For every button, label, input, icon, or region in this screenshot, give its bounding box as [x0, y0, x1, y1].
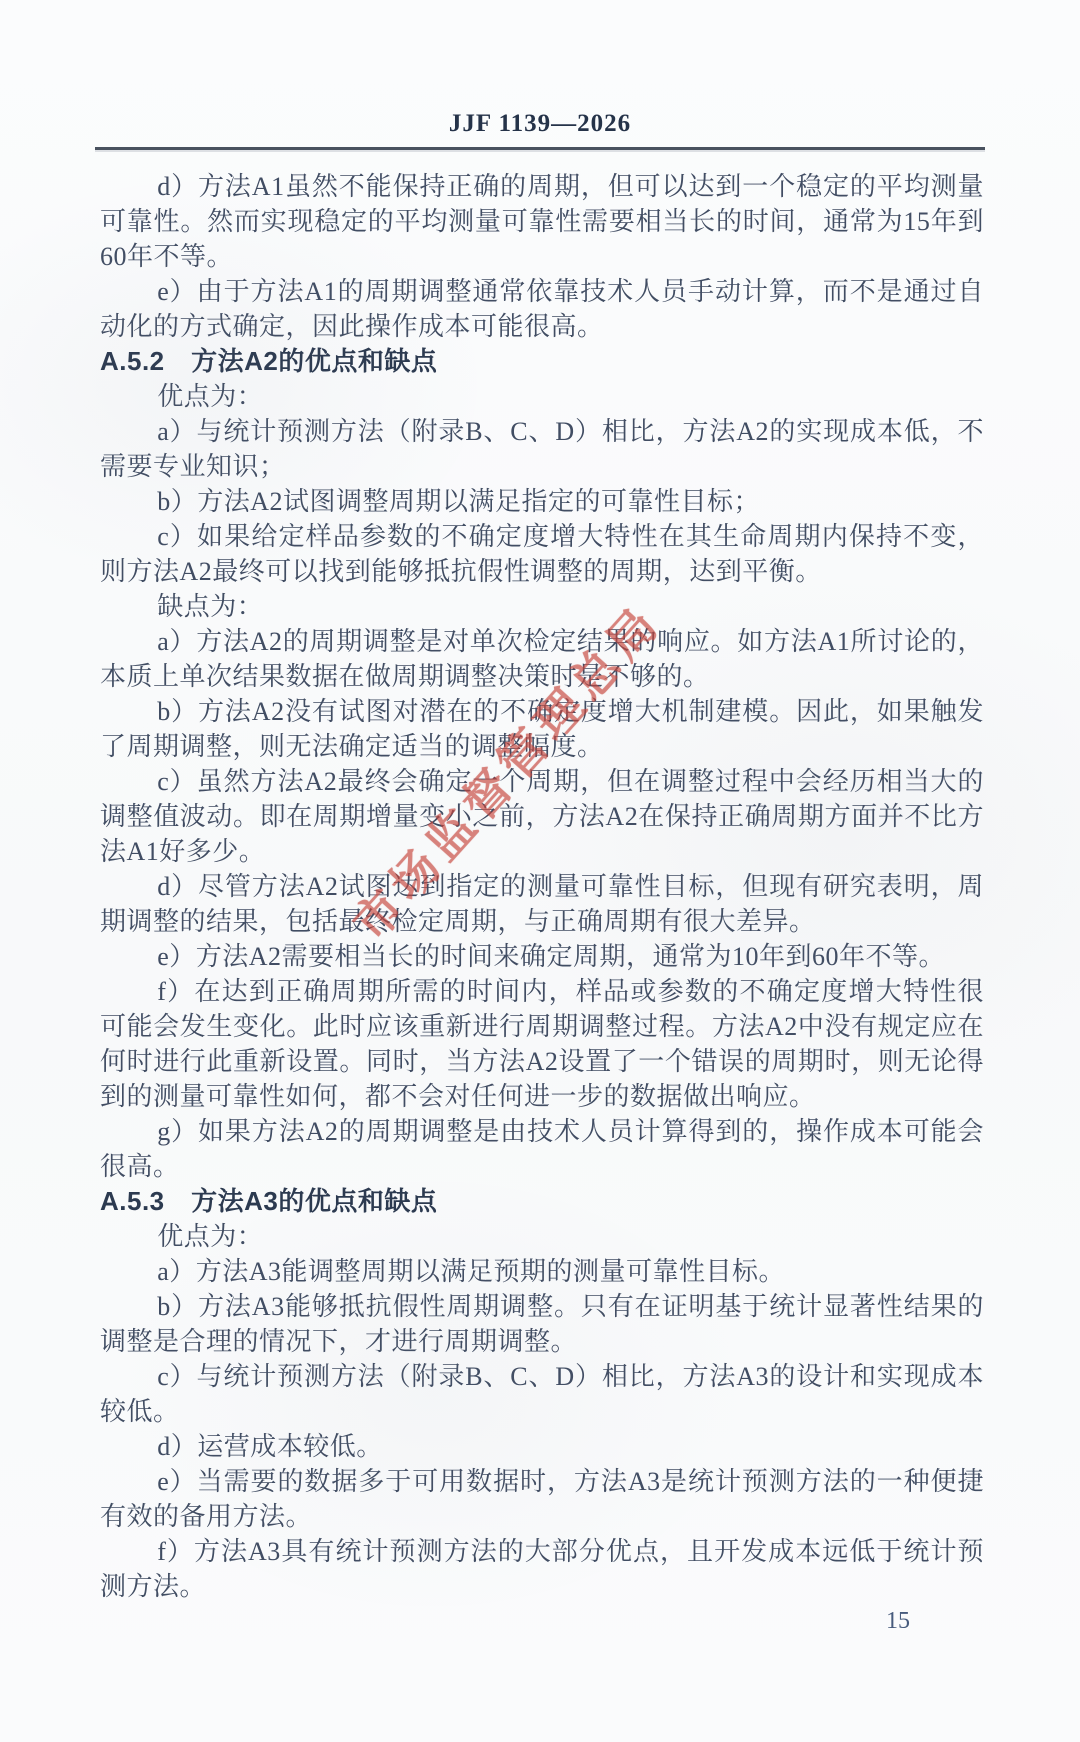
document-page: JJF 1139—2026 d）方法A1虽然不能保持正确的周期，但可以达到一个稳… [0, 0, 1080, 1742]
body-paragraph: f）方法A3具有统计预测方法的大部分优点，且开发成本远低于统计预测方法。 [100, 1534, 984, 1604]
body-paragraph: c）如果给定样品参数的不确定度增大特性在其生命周期内保持不变，则方法A2最终可以… [100, 519, 984, 589]
body-paragraph: c）与统计预测方法（附录B、C、D）相比，方法A3的设计和实现成本较低。 [100, 1359, 984, 1429]
body-paragraph: g）如果方法A2的周期调整是由技术人员计算得到的，操作成本可能会很高。 [100, 1114, 984, 1184]
page-number: 15 [0, 1608, 910, 1635]
section-heading-a52: A.5.2 方法A2的优点和缺点 [100, 344, 984, 379]
body-paragraph: d）方法A1虽然不能保持正确的周期，但可以达到一个稳定的平均测量可靠性。然而实现… [100, 169, 984, 274]
body-paragraph: a）方法A2的周期调整是对单次检定结果的响应。如方法A1所讨论的，本质上单次结果… [100, 624, 984, 694]
body-paragraph: c）虽然方法A2最终会确定一个周期，但在调整过程中会经历相当大的调整值波动。即在… [100, 764, 984, 869]
body-paragraph: e）方法A2需要相当长的时间来确定周期，通常为10年到60年不等。 [100, 939, 984, 974]
document-body: d）方法A1虽然不能保持正确的周期，但可以达到一个稳定的平均测量可靠性。然而实现… [100, 169, 984, 1604]
body-paragraph: f）在达到正确周期所需的时间内，样品或参数的不确定度增大特性很可能会发生变化。此… [100, 974, 984, 1114]
body-paragraph: a）方法A3能调整周期以满足预期的测量可靠性目标。 [100, 1254, 984, 1289]
body-paragraph: a）与统计预测方法（附录B、C、D）相比，方法A2的实现成本低，不需要专业知识； [100, 414, 984, 484]
advantages-label: 优点为： [100, 1219, 984, 1254]
doc-number: JJF 1139—2026 [0, 110, 1080, 138]
body-paragraph: e）当需要的数据多于可用数据时，方法A3是统计预测方法的一种便捷有效的备用方法。 [100, 1464, 984, 1534]
body-paragraph: b）方法A3能够抵抗假性周期调整。只有在证明基于统计显著性结果的调整是合理的情况… [100, 1289, 984, 1359]
header-rule [95, 147, 985, 150]
body-paragraph: d）运营成本较低。 [100, 1429, 984, 1464]
body-paragraph: e）由于方法A1的周期调整通常依靠技术人员手动计算，而不是通过自动化的方式确定，… [100, 274, 984, 344]
body-paragraph: d）尽管方法A2试图达到指定的测量可靠性目标，但现有研究表明，周期调整的结果，包… [100, 869, 984, 939]
advantages-label: 优点为： [100, 379, 984, 414]
disadvantages-label: 缺点为： [100, 589, 984, 624]
body-paragraph: b）方法A2没有试图对潜在的不确定度增大机制建模。因此，如果触发了周期调整，则无… [100, 694, 984, 764]
section-heading-a53: A.5.3 方法A3的优点和缺点 [100, 1184, 984, 1219]
body-paragraph: b）方法A2试图调整周期以满足指定的可靠性目标； [100, 484, 984, 519]
